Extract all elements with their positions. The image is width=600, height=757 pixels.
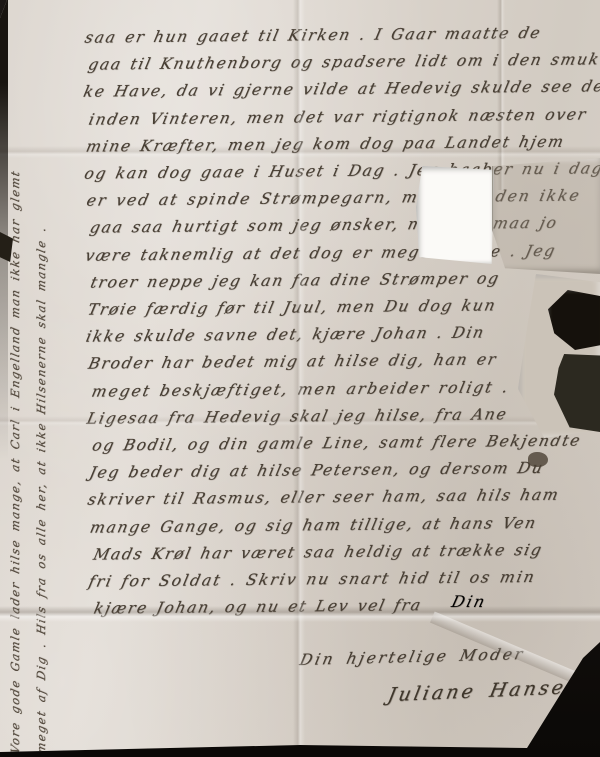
signoff-line: Din hjertelige Moder [298,645,527,669]
margin-cross-writing-outer: Vore gode Gamle lader hilse mange, at Ca… [8,14,22,755]
letter-line: kjære Johan, og nu et Lev vel fra [91,591,600,624]
ink-blot [528,452,548,467]
folded-paper-flap [492,158,600,274]
letter-paper-sheet: Vore gode Gamle lader hilse mange, at Ca… [0,0,600,757]
left-edge-shadow [0,0,8,460]
signature: Juliane Hansen [386,676,584,707]
margin-cross-writing-inner: meget af Dig . Hils fra os alle her, at … [34,14,48,755]
letter-body: saa er hun gaaet til Kirken . I Gaar maa… [85,19,597,623]
photo-of-handwritten-letter: { "colors": { "paper": "#dad3cb", "ink":… [0,0,600,757]
closing-word: Din [450,592,489,611]
torn-hole [416,166,494,264]
